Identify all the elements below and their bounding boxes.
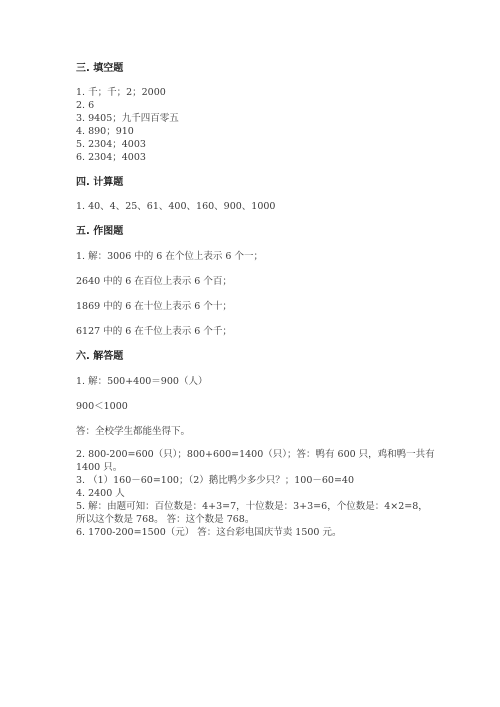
answer-line: 1. 解：500+400＝900（人） — [76, 375, 207, 388]
answer-line: 5. 2304；4003 — [76, 138, 146, 151]
answer-line: 6127 中的 6 在千位上表示 6 个千； — [76, 325, 232, 338]
section-heading-fill-in: 三. 填空题 — [76, 62, 123, 75]
answer-line: 答：全校学生都能坐得下。 — [76, 425, 190, 438]
answer-line: 1400 只。 — [76, 461, 122, 474]
answer-line: 900＜1000 — [76, 400, 128, 413]
answer-line: 3. （1）160－60=100；（2）鹅比鸭少多少只？；100－60=40 — [76, 474, 354, 487]
answer-line: 5. 解：由题可知：百位数是：4+3=7，十位数是：3+3=6，个位数是：4×2… — [76, 500, 428, 513]
section-heading-drawing: 五. 作图题 — [76, 225, 123, 238]
answer-line: 4. 2400 人 — [76, 487, 125, 500]
answer-line: 2640 中的 6 在百位上表示 6 个百； — [76, 275, 232, 288]
section-heading-calculation: 四. 计算题 — [76, 176, 123, 189]
answer-line: 1. 解：3006 中的 6 在个位上表示 6 个一； — [76, 250, 263, 263]
answer-line: 2. 6 — [76, 99, 94, 112]
answer-line: 1869 中的 6 在十位上表示 6 个十； — [76, 300, 232, 313]
answer-line: 1. 千；千；2；2000 — [76, 86, 166, 99]
answer-line: 所以这个数是 768。 答：这个数是 768。 — [76, 513, 254, 526]
document-page: 三. 填空题 1. 千；千；2；2000 2. 6 3. 9405；九千四百零五… — [0, 0, 500, 707]
answer-line: 1. 40、4、25、61、400、160、900、1000 — [76, 200, 275, 213]
answer-line: 2. 800-200=600（只）；800+600=1400（只）；答：鸭有 6… — [76, 448, 435, 461]
answer-line: 3. 9405；九千四百零五 — [76, 112, 179, 125]
answer-line: 6. 2304；4003 — [76, 151, 146, 164]
answer-line: 6. 1700-200=1500（元） 答：这台彩电国庆节卖 1500 元。 — [76, 526, 341, 539]
answer-line: 4. 890；910 — [76, 125, 134, 138]
section-heading-word-problems: 六. 解答题 — [76, 350, 123, 363]
